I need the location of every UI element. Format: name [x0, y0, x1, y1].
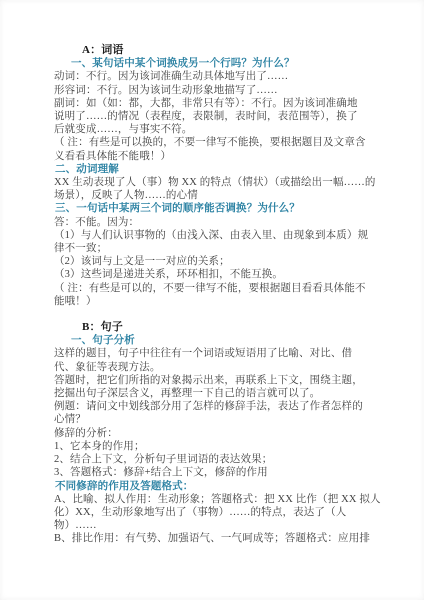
text-line: 动词：不行。因为该词准确生动具体地写出了…… [54, 70, 378, 83]
text-line: 义看看具体能不能哦！） [54, 150, 378, 163]
text-line: 1、它本身的作用； [54, 440, 378, 453]
sub-heading: 二、动词理解 [55, 163, 378, 176]
text-line: 副词：如（如：都，大都，非常只有等）：不行。因为该词准确地 [54, 97, 378, 110]
text-line: 后就变成……，与事实不符。 [54, 123, 378, 136]
text-line: （1）与人们认识事物的（由浅入深、由表入里、由现象到本质）规 [54, 229, 378, 242]
text-line: 能哦！） [54, 295, 378, 308]
text-line: 答题时，把它们所指的对象揭示出来，再联系上下文，围绕主题， [54, 374, 378, 387]
text-line: 修辞的分析： [54, 427, 378, 440]
text-line: 3、答题格式：修辞+结合上下文，修辞的作用 [54, 466, 378, 479]
text-line: XX 生动表现了人（事）物 XX 的特点（情状）（或描绘出一幅……的 [54, 176, 378, 189]
text-line: （ 注：有些是可以的，不要一律写不能，要根据题目看看具体能不 [54, 282, 378, 295]
text-line: 形容词：不行。因为该词生动形象地描写了…… [54, 84, 378, 97]
text-line: （3）这些词是递进关系，环环相扣，不能互换。 [54, 268, 378, 281]
text-line: 例题：请问文中划线部分用了怎样的修辞手法，表达了作者怎样的 [54, 400, 378, 413]
text-line: 说明了……的情况（表程度，表限制，表时间，表范围等），换了 [54, 110, 378, 123]
text-line: 挖掘出句子深层含义，再整理一下自己的语言就可以了。 [54, 387, 378, 400]
sub-heading: 一、某句话中某个词换成另一个行吗？为什么？ [71, 57, 378, 70]
text-line: 心情？ [54, 413, 378, 426]
text-line: （2）该词与上文是一一对应的关系； [54, 255, 378, 268]
section-gap [54, 308, 378, 321]
text-line: 答：不能。因为： [54, 216, 378, 229]
text-line: 化）XX，生动形象地写出了（事物）……的特点，表达了（人 [54, 506, 378, 519]
sub-heading: 不同修辞的作用及答题格式： [55, 480, 378, 493]
text-line: 场景），反映了人物……的心情 [54, 189, 378, 202]
section-heading: A：词语 [82, 44, 378, 57]
text-line: 这样的题目，句子中往往有一个词语或短语用了比喻、对比、借 [54, 347, 378, 360]
section-heading: B：句子 [82, 321, 378, 334]
sub-heading: 一、句子分析 [71, 334, 378, 347]
text-line: 律不一致； [54, 242, 378, 255]
sub-heading: 三、一句话中某两三个词的顺序能否调换？为什么？ [55, 202, 378, 215]
document-body: A：词语一、某句话中某个词换成另一个行吗？为什么？动词：不行。因为该词准确生动具… [54, 44, 378, 546]
text-line: 2、结合上下文，分析句子里词语的表达效果； [54, 453, 378, 466]
document-page: A：词语一、某句话中某个词换成另一个行吗？为什么？动词：不行。因为该词准确生动具… [0, 0, 424, 600]
text-line: 代、象征等表现方法。 [54, 361, 378, 374]
text-line: 物）…… [54, 519, 378, 532]
text-line: A、比喻、拟人作用：生动形象；答题格式：把 XX 比作（把 XX 拟人 [54, 493, 378, 506]
text-line: B、排比作用：有气势、加强语气、一气呵成等；答题格式：应用排 [54, 532, 378, 545]
text-line: （ 注：有些是可以换的，不要一律写不能换，要根据题目及文章含 [54, 136, 378, 149]
